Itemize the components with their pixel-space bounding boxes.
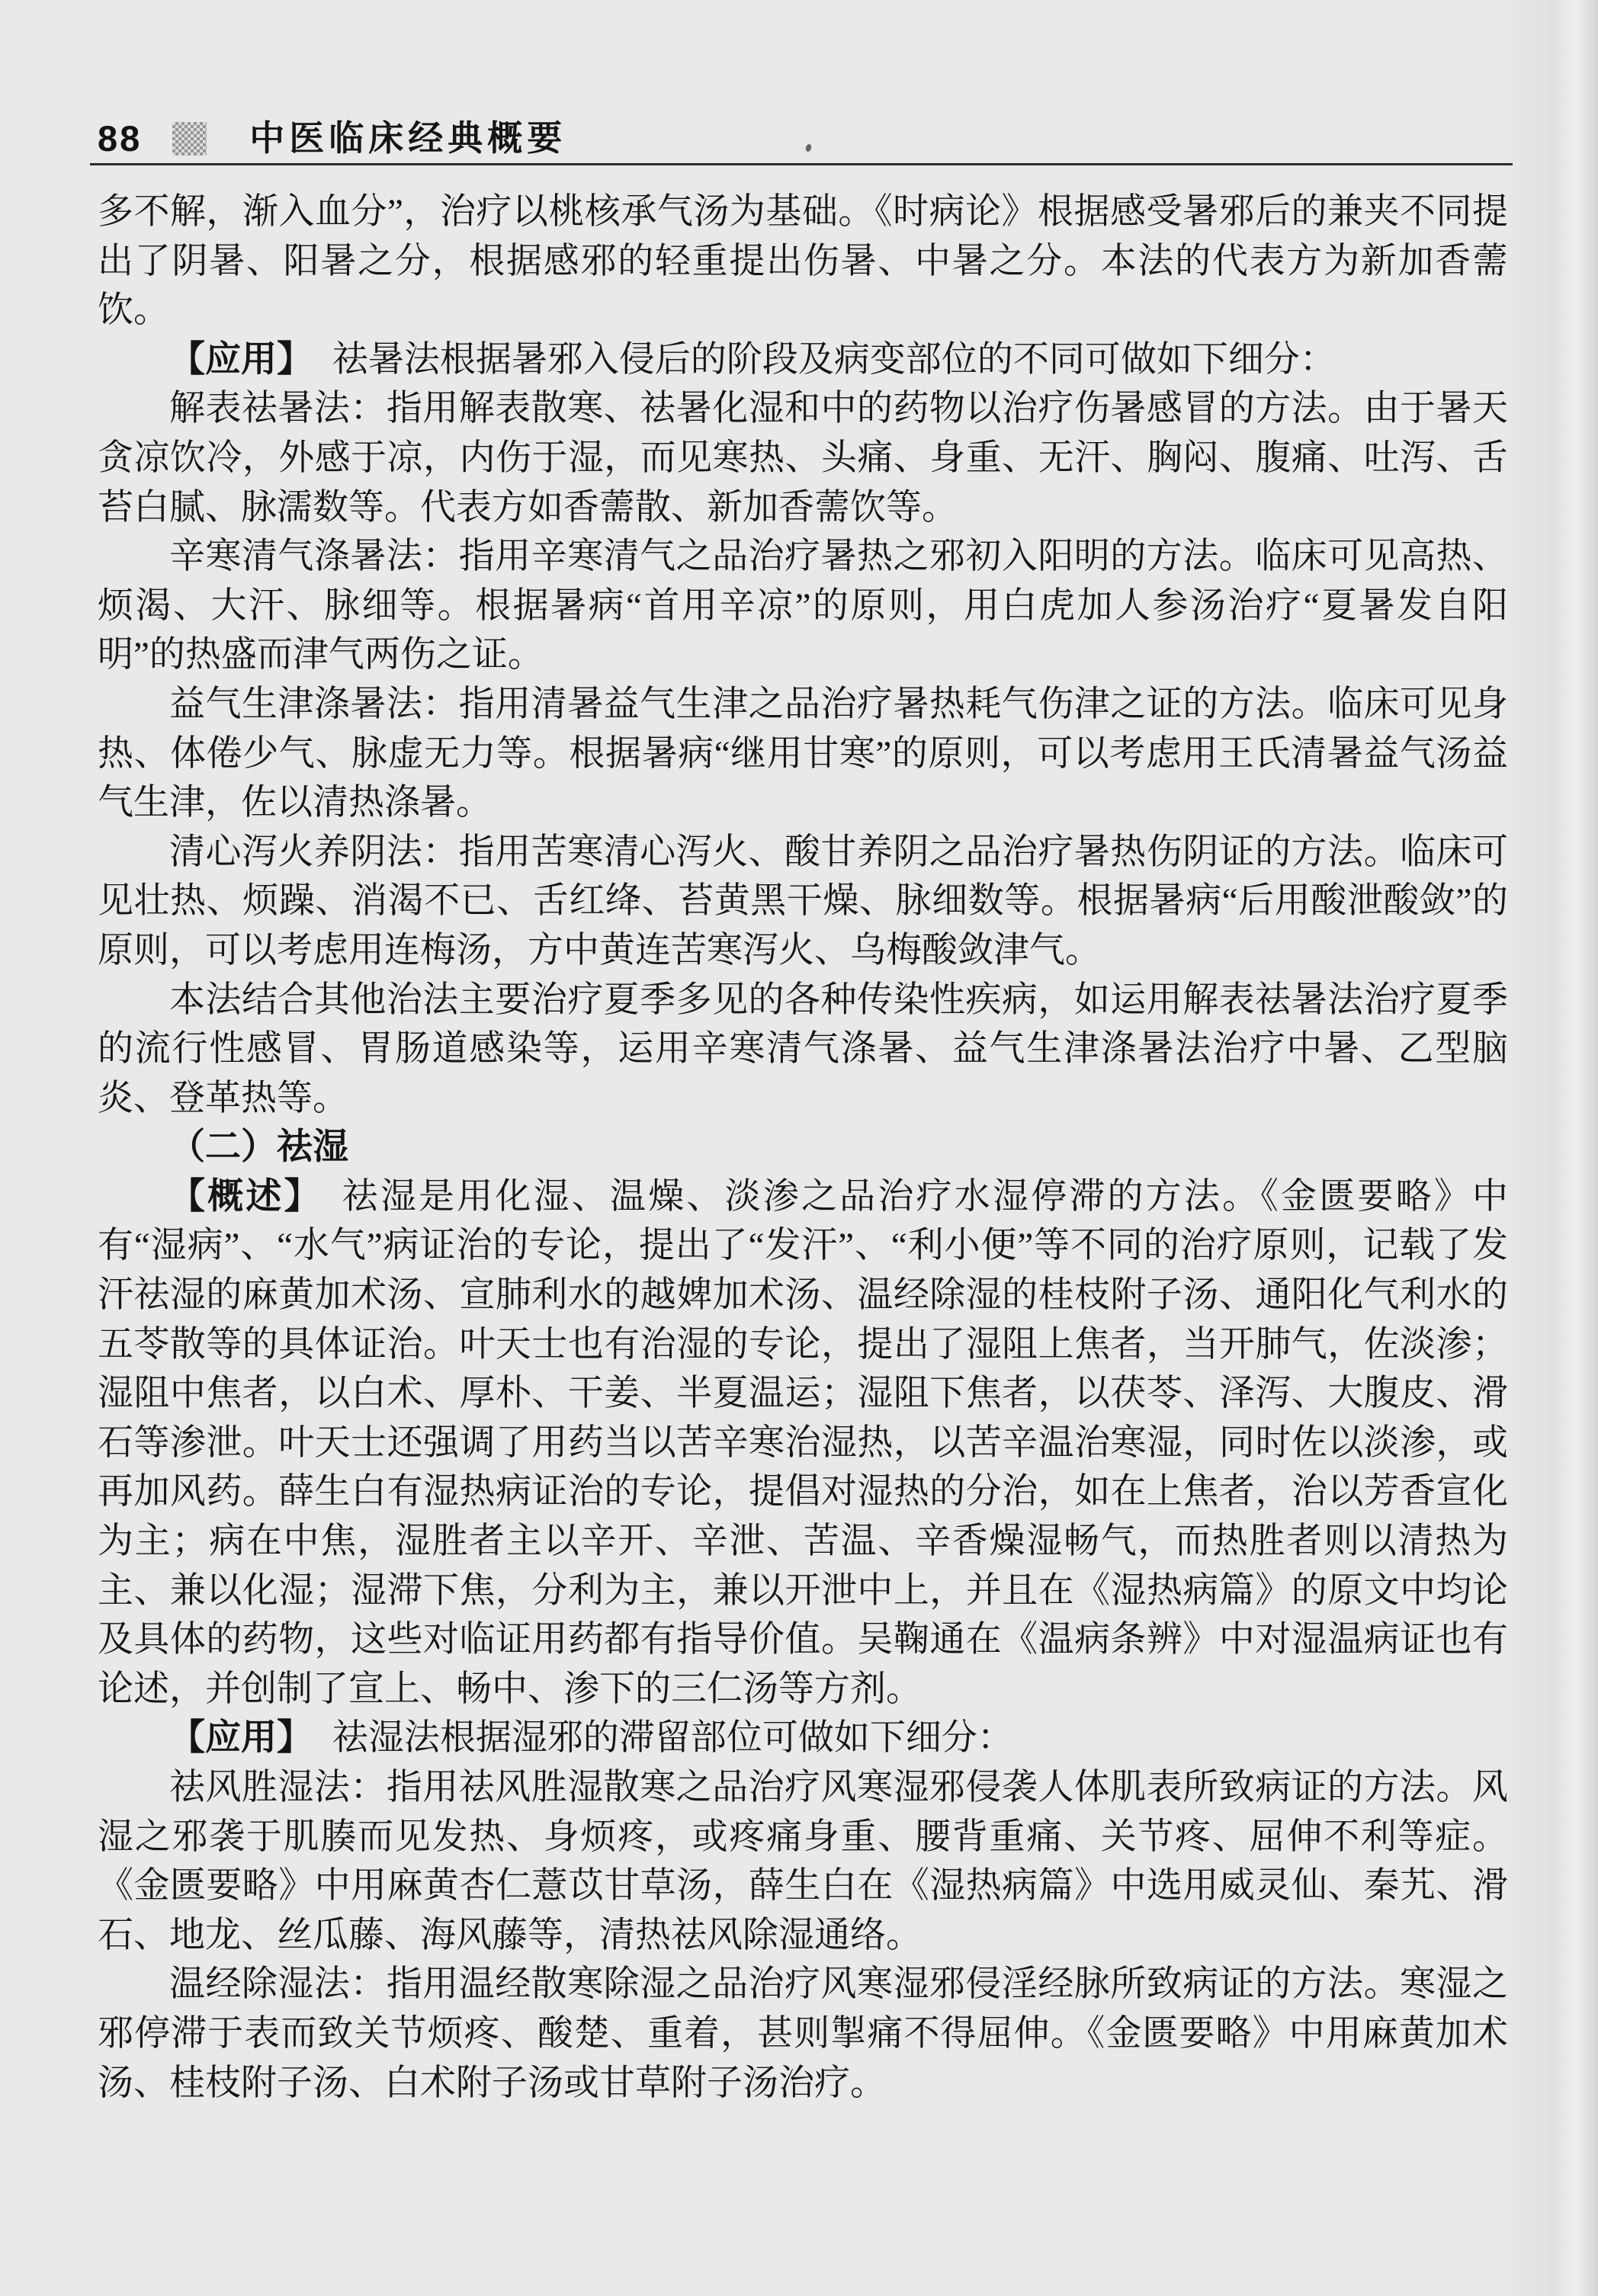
paragraph-application-summer: 【应用】祛暑法根据暑邪入侵后的阶段及病变部位的不同可做如下细分： [98, 335, 1508, 385]
book-title: 中医临床经典概要 [249, 121, 566, 156]
paragraph-benfa-jiehe: 本法结合其他治法主要治疗夏季多见的各种传染性疾病，如运用解表祛暑法治疗夏季的流行… [98, 976, 1508, 1124]
paragraph-text: 祛风胜湿法：指用祛风胜湿散寒之品治疗风寒湿邪侵袭人体肌表所致病证的方法。风湿之邪… [98, 1768, 1508, 1955]
section-heading-qushi: （二）祛湿 [98, 1123, 1508, 1172]
paragraph-text: 益气生津涤暑法：指用清暑益气生津之品治疗暑热耗气伤津之证的方法。临床可见身热、体… [98, 685, 1508, 823]
paragraph-text: 清心泻火养阴法：指用苦寒清心泻火、酸甘养阴之品治疗暑热伤阴证的方法。临床可见壮热… [98, 832, 1508, 970]
page-header: 88 中医临床经典概要 [98, 120, 1510, 156]
section-label: 【应用】 [169, 340, 313, 380]
section-label: 【应用】 [169, 1718, 313, 1758]
paragraph-qufeng-shengshi: 祛风胜湿法：指用祛风胜湿散寒之品治疗风寒湿邪侵袭人体肌表所致病证的方法。风湿之邪… [98, 1763, 1508, 1960]
checker-square-icon [172, 122, 207, 156]
paragraph-text: 祛暑法根据暑邪入侵后的阶段及病变部位的不同可做如下细分： [332, 340, 1336, 380]
paragraph-text: 解表祛暑法：指用解表散寒、祛暑化湿和中的药物以治疗伤暑感冒的方法。由于暑天贪凉饮… [98, 389, 1508, 527]
paragraph-text: 辛寒清气涤暑法：指用辛寒清气之品治疗暑热之邪初入阳明的方法。临床可见高热、烦渴、… [98, 537, 1508, 675]
paragraph-continuation: 多不解，渐入血分”，治疗以桃核承气汤为基础。《时病论》根据感受暑邪后的兼夹不同提… [98, 188, 1508, 335]
paragraph-text: 本法结合其他治法主要治疗夏季多见的各种传染性疾病，如运用解表祛暑法治疗夏季的流行… [98, 980, 1508, 1118]
paragraph-yiqi-shengjin: 益气生津涤暑法：指用清暑益气生津之品治疗暑热耗气伤津之证的方法。临床可见身热、体… [98, 680, 1508, 828]
paragraph-jiebiao-qushu: 解表祛暑法：指用解表散寒、祛暑化湿和中的药物以治疗伤暑感冒的方法。由于暑天贪凉饮… [98, 384, 1508, 532]
paragraph-qingxin-xiehuo: 清心泻火养阴法：指用苦寒清心泻火、酸甘养阴之品治疗暑热伤阴证的方法。临床可见壮热… [98, 828, 1508, 976]
paragraph-text: 温经除湿法：指用温经散寒除湿之品治疗风寒湿邪侵淫经脉所致病证的方法。寒湿之邪停滞… [98, 1964, 1508, 2102]
paragraph-application-dampness: 【应用】祛湿法根据湿邪的滞留部位可做如下细分： [98, 1714, 1508, 1763]
scanned-book-page: 88 中医临床经典概要 多不解，渐入血分”，治疗以桃核承气汤为基础。《时病论》根… [0, 0, 1598, 2296]
header-rule [90, 163, 1513, 165]
paragraph-wenjing-chushi: 温经除湿法：指用温经散寒除湿之品治疗风寒湿邪侵淫经脉所致病证的方法。寒湿之邪停滞… [98, 1960, 1508, 2108]
paragraph-overview-dampness: 【概述】祛湿是用化湿、温燥、淡渗之品治疗水湿停滞的方法。《金匮要略》中有“湿病”… [98, 1172, 1508, 1714]
paragraph-text: 多不解，渐入血分”，治疗以桃核承气汤为基础。《时病论》根据感受暑邪后的兼夹不同提… [98, 192, 1508, 330]
page-body: 多不解，渐入血分”，治疗以桃核承气汤为基础。《时病论》根据感受暑邪后的兼夹不同提… [98, 188, 1508, 2108]
section-label: 【概述】 [169, 1177, 322, 1217]
page-number: 88 [98, 120, 142, 156]
heading-text: （二）祛湿 [169, 1127, 348, 1167]
paragraph-text: 祛湿是用化湿、温燥、淡渗之品治疗水湿停滞的方法。《金匮要略》中有“湿病”、“水气… [98, 1177, 1508, 1709]
paragraph-text: 祛湿法根据湿邪的滞留部位可做如下细分： [332, 1718, 1013, 1758]
paragraph-xinhan-qingqi: 辛寒清气涤暑法：指用辛寒清气之品治疗暑热之邪初入阳明的方法。临床可见高热、烦渴、… [98, 532, 1508, 680]
